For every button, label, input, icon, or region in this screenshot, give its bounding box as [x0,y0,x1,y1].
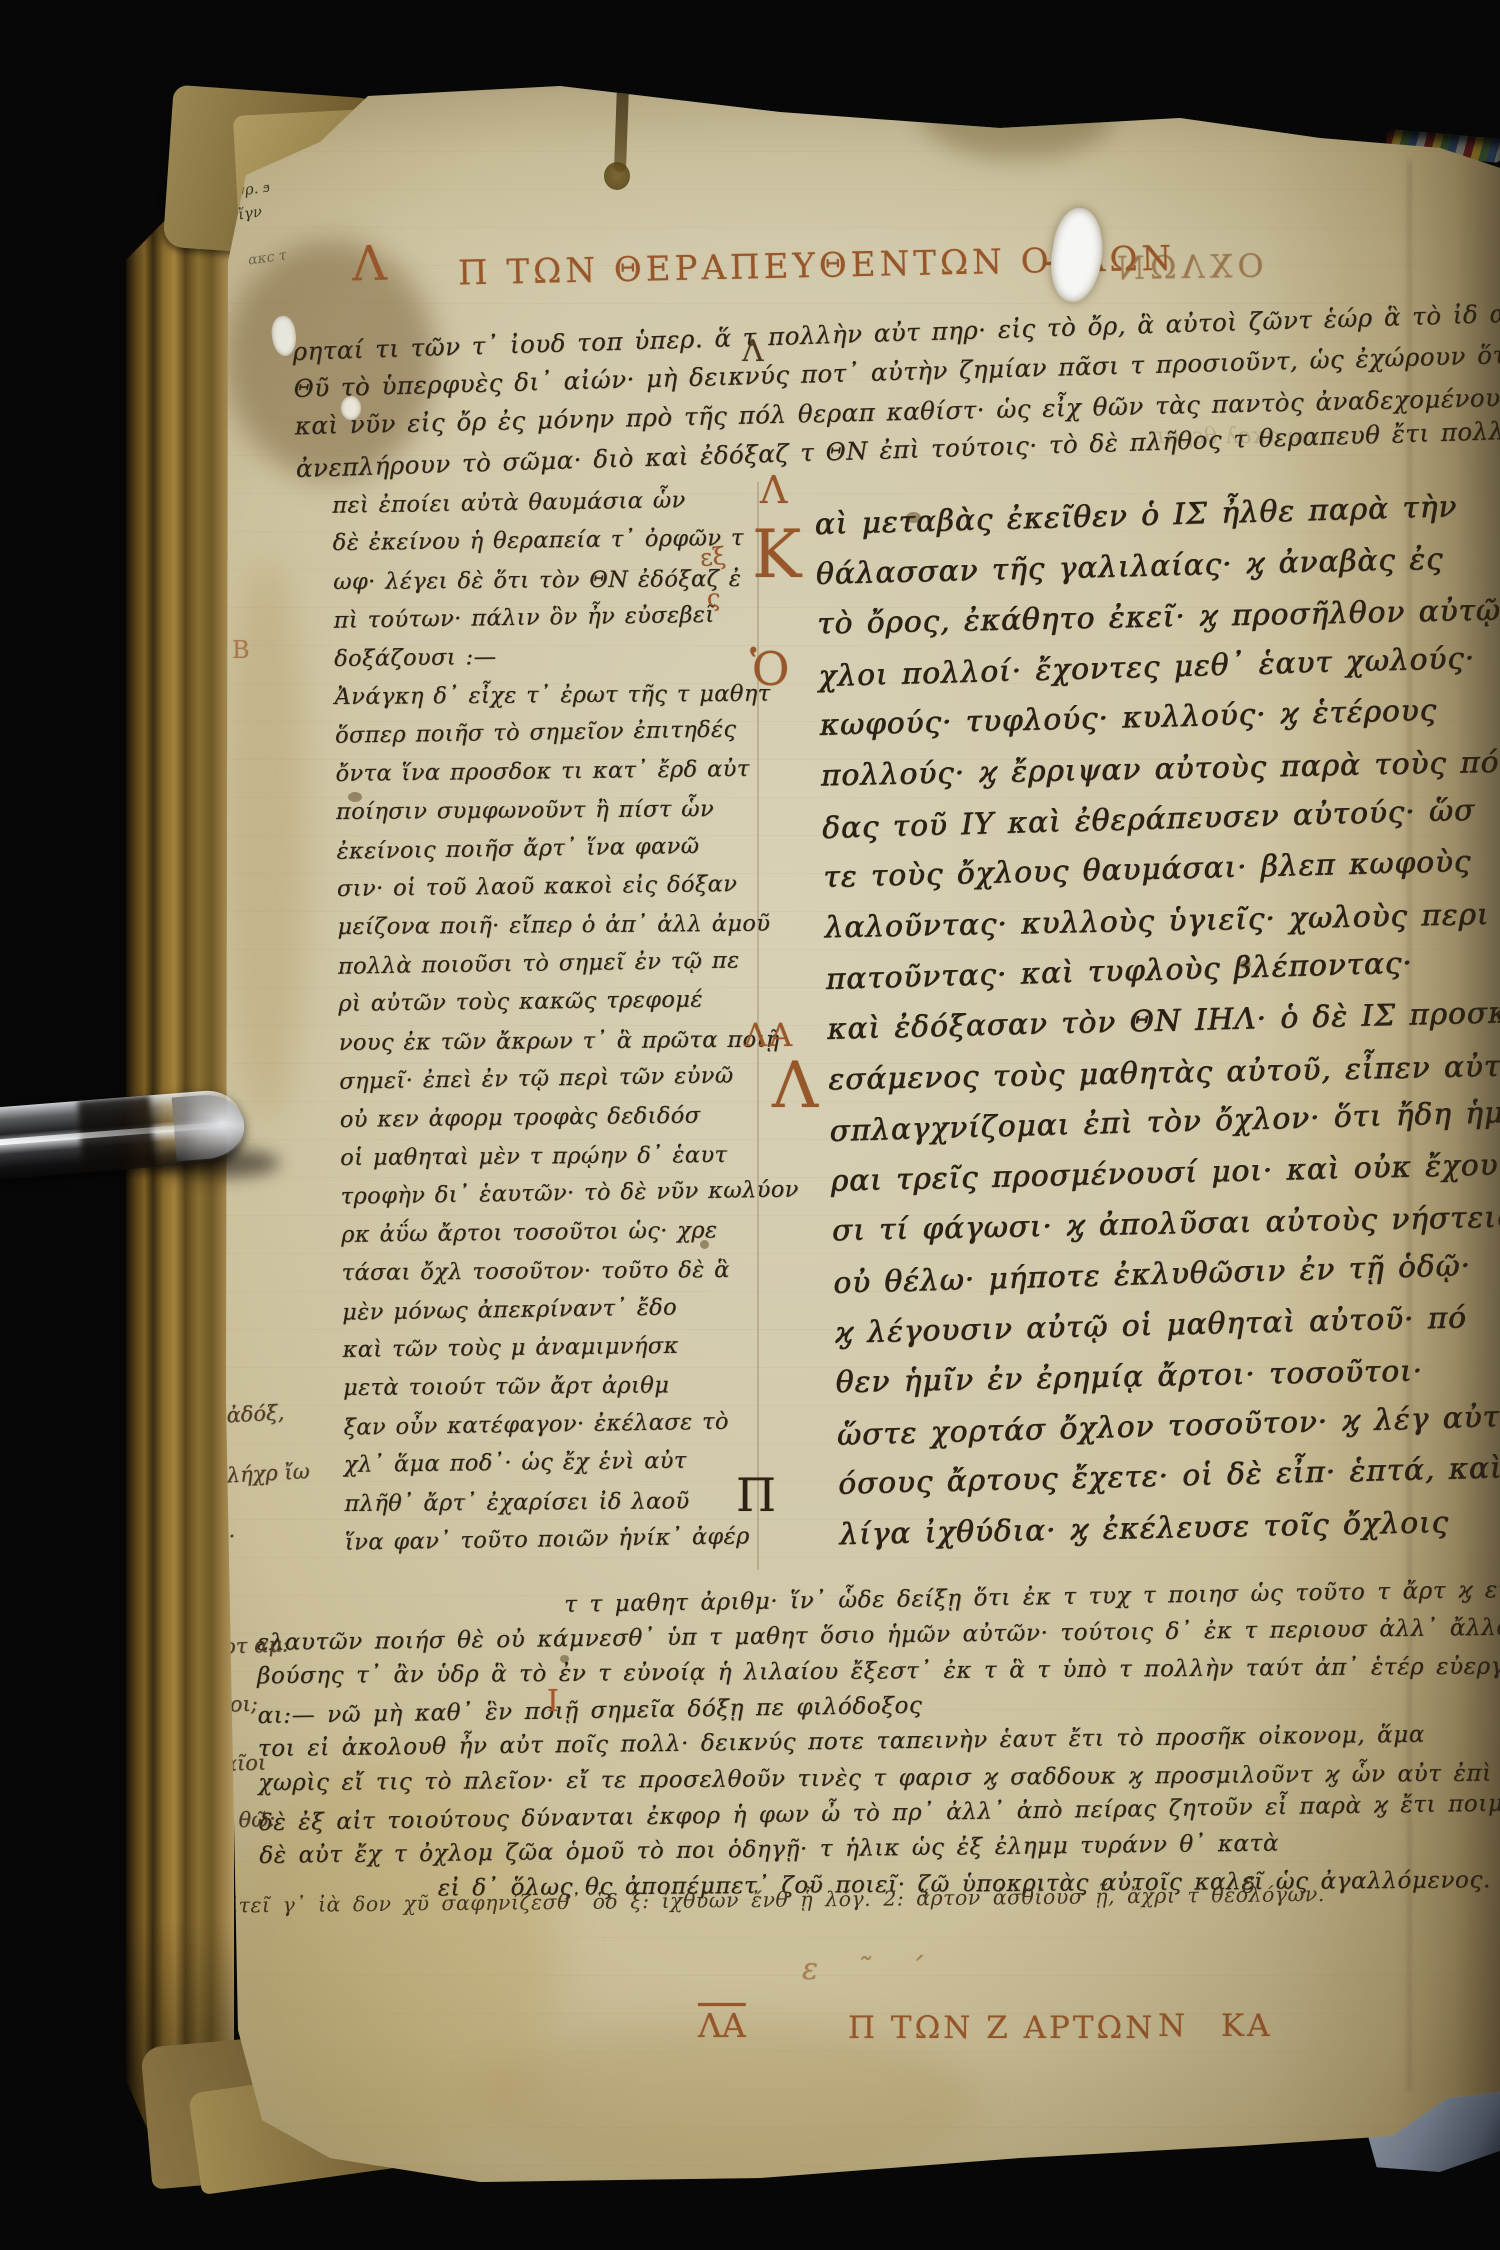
stain [920,60,1115,160]
text-line: ἵνα φαν᾽ τοῦτο ποιῶν ἡνίκ᾽ ἀφέρ [345,1517,771,1562]
text-line: μὲν μόνως ἀπεκρίναντ᾽ ἔδο [342,1287,768,1332]
text-line: σιν· οἱ τοῦ λαοῦ κακοὶ εἰς δόξαν [337,865,762,909]
text-line: ποίησιν συμφωνοῦντ ἢ πίστ ὧν [336,790,761,832]
text-line: ἐκείνοις ποιῆσ ἄρτ᾽ ἵνα φανῶ [336,826,762,871]
gutter-rubric-mark: εξ [699,542,727,573]
text-line: μείζονα ποιῆ· εἴπερ ὁ ἀπ᾽ ἀλλ ἀμοῦ [337,905,762,947]
omicron-initial: Ὁ [750,642,790,696]
text-line: χλ᾽ ἅμα ποδ᾽· ὡς ἔχ ἑνὶ αὐτ [344,1441,769,1485]
kappa-initial: Κ [752,522,801,588]
text-line: τροφὴν δι᾽ ἑαυτῶν· τὸ δὲ νῦν κωλύον [340,1171,766,1216]
text-line: πὶ τούτων· πάλιν ὃν ἦν εὐσεβεῖ [333,595,759,640]
text-line: σημεῖ· ἐπεὶ ἐν τῷ περὶ τῶν εὐνῶ [339,1056,765,1101]
footer-chapter-title: Π ΤΩΝ Ζ ΑΡΤΩΝ [848,2010,1155,2046]
text-line: δοξάζουσι :— [334,634,759,678]
text-line: καὶ τῶν τοὺς μ ἀναμιμνήσκ [342,1326,767,1370]
beta-margin-mark: Β [232,636,250,664]
text-line: ρὶ αὐτῶν τοὺς κακῶς τρεφομέ [338,980,763,1024]
pen-trial: ἴγν [237,202,263,223]
chapter-number-rubric: Λ [351,236,387,293]
text-line: οὐ κεν ἀφορμ τροφὰς δεδιδόσ [340,1095,765,1139]
text-line: πολλὰ ποιοῦσι τὸ σημεῖ ἐν τῷ πε [338,941,764,986]
left-commentary-column: πεὶ ἐποίει αὐτὰ θαυμάσια ὧνδὲ ἐκείνου ἡ … [332,481,770,1561]
top-commentary-block: ρηταί τι τῶν τ᾽ ἰουδ τοπ ὑπερ. ἅ τ πολλὴ… [292,297,1491,486]
text-line: μετὰ τοιούτ τῶν ἄρτ ἀριθμ [343,1366,768,1408]
manuscript-photo: Λ Π ΤΩΝ ΘΕΡΑΠΕΥΘΕΝΤΩΝ ΟΧΛΩΝ + ΟΧΛΩΝ ρητα… [0,0,1500,2250]
gospel-text-column: αὶ μεταβὰς ἐκεῖθεν ὁ ΙΣ ἦλθε παρὰ τὴνθάλ… [814,482,1500,1561]
ink-drip-blob [604,162,630,190]
text-line: τάσαι ὄχλ τοσοῦτον· τοῦτο δὲ ἃ [341,1251,766,1293]
lambda-rubric: Λ [760,468,787,512]
lambda-initial: Λ [772,1054,818,1118]
text-line: πλῆθ᾽ ἄρτ᾽ ἐχαρίσει ἰδ λαοῦ [344,1481,769,1523]
text-line: νους ἐκ τῶν ἄκρων τ᾽ ἃ πρῶτα ποιῇ [339,1020,764,1062]
text-line: ὅσπερ ποιῆσ τὸ σημεῖον ἐπιτηδές [335,710,761,755]
gutter-rubric-mark-2: ς [707,584,720,612]
text-line: ωφ· λέγει δὲ ὅτι τὸν ΘΝ ἐδόξαζ ἐ [333,560,758,602]
text-line: ὄντα ἵνα προσδοκ τι κατ᾽ ἔρδ αὐτ [335,750,760,794]
footer-chapter-number: ΛΑ [698,2006,746,2045]
parchment-tear [341,396,361,420]
text-line: δὲ ἐκείνου ἡ θεραπεία τ᾽ ὀρφῶν τ [332,519,757,563]
text-line: ρκ ἀΰω ἄρτοι τοσοῦτοι ὡς· χρε [341,1210,766,1254]
bottom-commentary-block: τ τ μαθητ ἀριθμ· ἵν᾽ ὧδε δείξῃ ὅτι ἐκ τ … [256,1575,1492,1910]
annotation-mark: δ [1242,1874,1255,1899]
paragraph-mark: Λ [742,334,764,369]
footer-title-suffix: Ν ΚΑ [1158,2008,1273,2044]
pi-initial: Π [736,1468,776,1522]
text-line: ξαν οὖν κατέφαγον· ἐκέλασε τὸ [343,1402,769,1447]
iota-initial: Ι [547,1684,559,1719]
text-line: πεὶ ἐποίει αὐτὰ θαυμάσια ὧν [332,480,758,525]
footer-showthrough-ghost: ε ˜ ΄ [802,1952,937,1987]
foxing-spot [1008,92,1024,104]
